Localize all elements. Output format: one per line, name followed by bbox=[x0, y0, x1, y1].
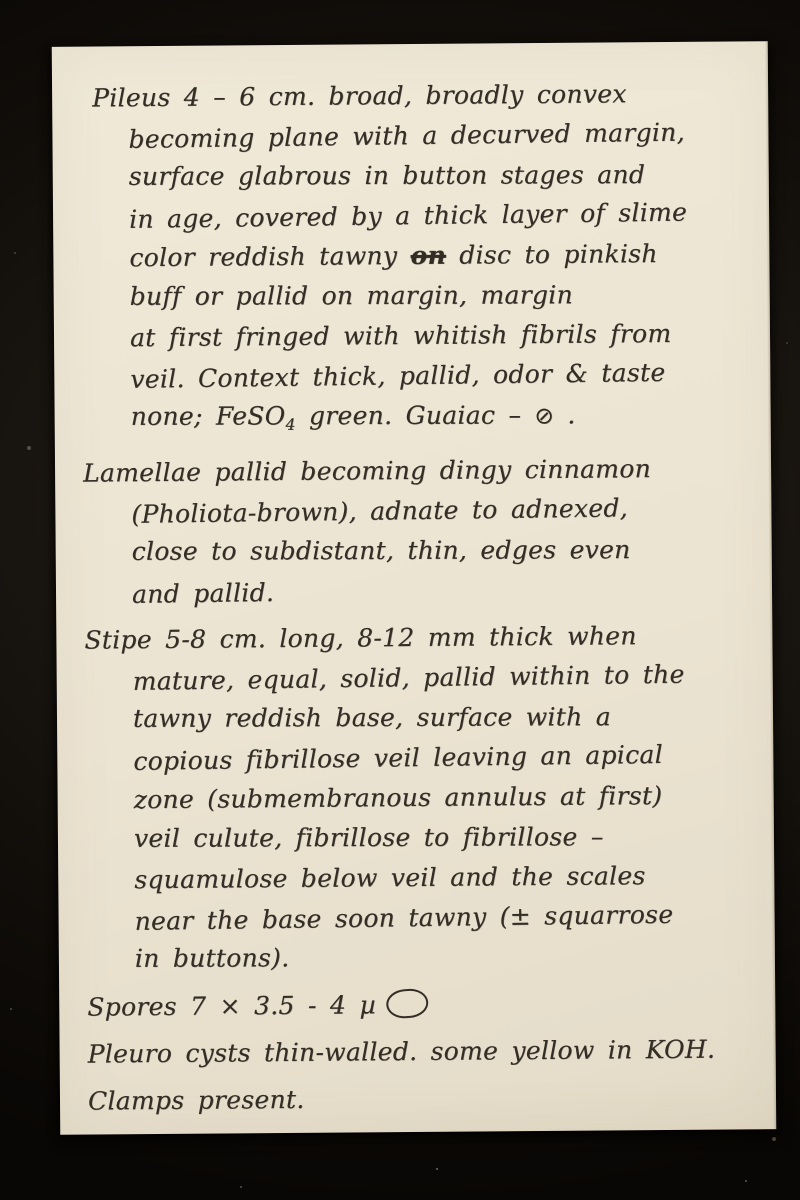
text-segment: becoming plane with a decurved margin, bbox=[128, 118, 685, 154]
negative-circle-symbol: ⊘ bbox=[534, 403, 554, 429]
text-segment: in age, covered by a thick layer of slim… bbox=[129, 198, 687, 234]
handwritten-line: squamulose below veil and the scales bbox=[134, 856, 756, 901]
text-segment: Lamellae pallid becoming dingy cinnamon bbox=[83, 455, 651, 488]
text-segment: and pallid. bbox=[132, 578, 274, 609]
paragraph-stipe: Stipe 5-8 cm. long, 8-12 mm thick whenma… bbox=[74, 616, 757, 981]
handwritten-line: and pallid. bbox=[132, 567, 754, 615]
text-segment: tawny reddish base, surface with a bbox=[133, 703, 611, 734]
handwritten-line: becoming plane with a decurved margin, bbox=[128, 112, 750, 160]
paragraph-lamellae: Lamellae pallid becoming dingy cinnamon(… bbox=[73, 449, 754, 614]
text-segment: near the base soon tawny (± squarrose bbox=[134, 900, 673, 936]
text-segment: surface glabrous in button stages and bbox=[129, 160, 645, 191]
text-segment: at first fringed with whitish fibrils fr… bbox=[130, 319, 672, 352]
handwritten-line: (Pholiota-brown), adnate to adnexed, bbox=[131, 487, 753, 535]
text-segment: color reddish tawny bbox=[129, 241, 410, 272]
text-segment: zone (submembranous annulus at first) bbox=[134, 781, 663, 814]
text-segment: on bbox=[410, 241, 446, 270]
text-segment: in buttons). bbox=[135, 944, 290, 974]
handwritten-line: close to subdistant, thin, edges even bbox=[132, 530, 754, 572]
paragraph-clamps: Clamps present. bbox=[78, 1077, 758, 1122]
handwritten-line: none; FeSO4 green. Guaiac – ⊘ . bbox=[131, 395, 753, 446]
handwritten-line: at first fringed with whitish fibrils fr… bbox=[130, 313, 752, 358]
spore-outline-sketch bbox=[385, 988, 429, 1020]
handwritten-line: Pleuro cysts thin-walled. some yellow in… bbox=[88, 1030, 758, 1075]
text-segment: disc to pinkish bbox=[446, 239, 658, 270]
handwritten-line: buff or pallid on margin, margin bbox=[130, 275, 752, 317]
text-segment: mature, equal, solid, pallid within to t… bbox=[133, 660, 685, 696]
handwritten-line: in buttons). bbox=[135, 937, 757, 979]
text-segment: (Pholiota-brown), adnate to adnexed, bbox=[131, 494, 628, 529]
text-segment: Pleuro cysts thin-walled. some yellow in… bbox=[88, 1035, 716, 1069]
text-segment: close to subdistant, thin, edges even bbox=[132, 536, 631, 567]
paragraph-cystidia: Pleuro cysts thin-walled. some yellow in… bbox=[78, 1030, 758, 1075]
text-segment: squamulose below veil and the scales bbox=[134, 862, 646, 895]
handwritten-line: color reddish tawny on disc to pinkish bbox=[129, 233, 751, 278]
handwritten-line: tawny reddish base, surface with a bbox=[133, 697, 755, 739]
handwritten-line: surface glabrous in button stages and bbox=[129, 155, 751, 197]
handwritten-line: zone (submembranous annulus at first) bbox=[134, 776, 756, 821]
dust-specks bbox=[0, 0, 2, 2]
handwritten-line: in age, covered by a thick layer of slim… bbox=[129, 192, 751, 240]
handwritten-line: veil culute, fibrillose to fibrillose – bbox=[134, 817, 756, 859]
text-segment: veil culute, fibrillose to fibrillose – bbox=[134, 823, 604, 854]
text-segment: buff or pallid on margin, margin bbox=[130, 280, 573, 311]
text-segment: Pileus 4 – 6 cm. broad, broadly convex bbox=[92, 79, 627, 112]
text-segment: none; FeSO bbox=[131, 401, 286, 431]
text-segment: Clamps present. bbox=[88, 1085, 305, 1116]
handwritten-line: mature, equal, solid, pallid within to t… bbox=[132, 654, 754, 702]
handwritten-line: copious fibrillose veil leaving an apica… bbox=[133, 734, 755, 782]
handwritten-line: Clamps present. bbox=[88, 1077, 758, 1122]
text-segment: copious fibrillose veil leaving an apica… bbox=[133, 740, 663, 776]
handwritten-line: near the base soon tawny (± squarrose bbox=[134, 894, 756, 942]
text-segment: 4 bbox=[285, 416, 295, 434]
text-segment: Spores 7 × 3.5 - 4 µ bbox=[87, 991, 376, 1022]
photo-background: Pileus 4 – 6 cm. broad, broadly convexbe… bbox=[0, 0, 800, 1200]
text-segment: green. Guaiac – bbox=[296, 400, 535, 430]
handwritten-line: Spores 7 × 3.5 - 4 µ bbox=[87, 983, 757, 1028]
paragraph-pileus: Pileus 4 – 6 cm. broad, broadly convexbe… bbox=[70, 73, 753, 447]
handwritten-text: Pileus 4 – 6 cm. broad, broadly convexbe… bbox=[70, 73, 758, 1129]
handwritten-line: Pileus 4 – 6 cm. broad, broadly convex bbox=[92, 73, 750, 118]
text-segment: veil. Context thick, pallid, odor & tast… bbox=[130, 358, 665, 394]
note-card: Pileus 4 – 6 cm. broad, broadly convexbe… bbox=[52, 41, 777, 1135]
paragraph-spores: Spores 7 × 3.5 - 4 µ bbox=[77, 983, 757, 1028]
text-segment: Stipe 5-8 cm. long, 8-12 mm thick when bbox=[84, 622, 636, 655]
text-segment: . bbox=[554, 400, 576, 429]
handwritten-line: veil. Context thick, pallid, odor & tast… bbox=[130, 352, 752, 400]
